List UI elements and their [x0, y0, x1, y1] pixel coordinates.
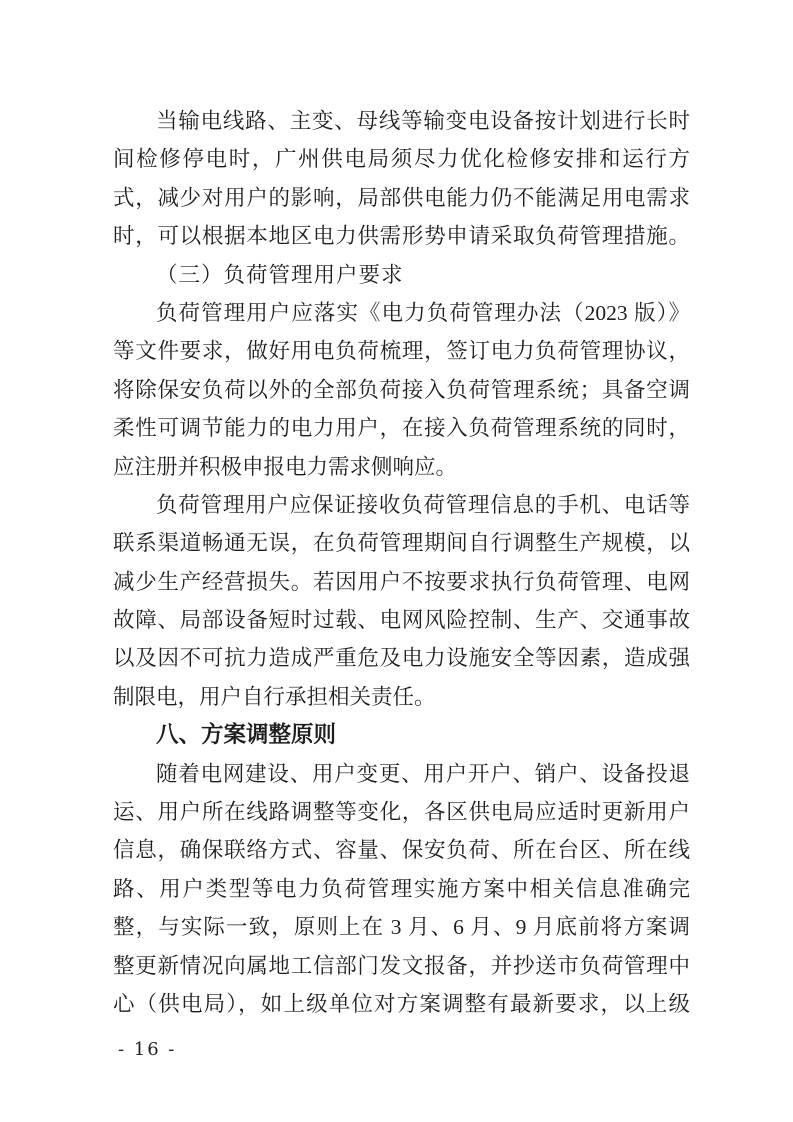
body-line: 制限电，用户自行承担相关责任。 — [113, 678, 690, 716]
body-line: 间检修停电时，广州供电局须尽力优化检修安排和运行方 — [113, 140, 690, 178]
body-line: 等文件要求，做好用电负荷梳理，签订电力负荷管理协议， — [113, 332, 690, 370]
body-line: 负荷管理用户应保证接收负荷管理信息的手机、电话等 — [113, 486, 690, 524]
body-line: 应注册并积极申报电力需求侧响应。 — [113, 448, 690, 486]
body-line: 信息，确保联络方式、容量、保安负荷、所在台区、所在线 — [113, 831, 690, 869]
page-footer: - 16 - — [118, 1039, 177, 1060]
body-line: 联系渠道畅通无误，在负荷管理期间自行调整生产规模，以 — [113, 524, 690, 562]
paragraph: 当输电线路、主变、母线等输变电设备按计划进行长时 间检修停电时，广州供电局须尽力… — [113, 102, 690, 256]
sub-heading-line: （三）负荷管理用户要求 — [113, 256, 690, 294]
body-line: 故障、局部设备短时过载、电网风险控制、生产、交通事故 — [113, 601, 690, 639]
paragraph: 随着电网建设、用户变更、用户开户、销户、设备投退 运、用户所在线路调整等变化，各… — [113, 755, 690, 1024]
section-heading-line: 八、方案调整原则 — [113, 716, 690, 754]
body-line: 随着电网建设、用户变更、用户开户、销户、设备投退 — [113, 755, 690, 793]
body-line: 运、用户所在线路调整等变化，各区供电局应适时更新用户 — [113, 793, 690, 831]
body-line: 减少生产经营损失。若因用户不按要求执行负荷管理、电网 — [113, 563, 690, 601]
body-line: 心（供电局），如上级单位对方案调整有最新要求，以上级 — [113, 985, 690, 1023]
paragraph: 负荷管理用户应落实《电力负荷管理办法（2023 版）》 等文件要求，做好用电负荷… — [113, 294, 690, 486]
body-line: 式，减少对用户的影响，局部供电能力仍不能满足用电需求 — [113, 179, 690, 217]
sub-heading: （三）负荷管理用户要求 — [113, 256, 690, 294]
body-line: 路、用户类型等电力负荷管理实施方案中相关信息准确完 — [113, 870, 690, 908]
body-line: 当输电线路、主变、母线等输变电设备按计划进行长时 — [113, 102, 690, 140]
body-line: 时，可以根据本地区电力供需形势申请采取负荷管理措施。 — [113, 217, 690, 255]
body-line: 以及因不可抗力造成严重危及电力设施安全等因素，造成强 — [113, 639, 690, 677]
body-line: 将除保安负荷以外的全部负荷接入负荷管理系统；具备空调 — [113, 371, 690, 409]
page-number: - 16 - — [118, 1039, 177, 1060]
document-content: 当输电线路、主变、母线等输变电设备按计划进行长时 间检修停电时，广州供电局须尽力… — [113, 102, 690, 1023]
body-line: 柔性可调节能力的电力用户，在接入负荷管理系统的同时， — [113, 409, 690, 447]
paragraph: 负荷管理用户应保证接收负荷管理信息的手机、电话等 联系渠道畅通无误，在负荷管理期… — [113, 486, 690, 716]
section-heading: 八、方案调整原则 — [113, 716, 690, 754]
body-line: 负荷管理用户应落实《电力负荷管理办法（2023 版）》 — [113, 294, 690, 332]
body-line: 整，与实际一致，原则上在 3 月、6 月、9 月底前将方案调 — [113, 908, 690, 946]
body-line: 整更新情况向属地工信部门发文报备，并抄送市负荷管理中 — [113, 947, 690, 985]
document-page: 当输电线路、主变、母线等输变电设备按计划进行长时 间检修停电时，广州供电局须尽力… — [0, 0, 793, 1122]
